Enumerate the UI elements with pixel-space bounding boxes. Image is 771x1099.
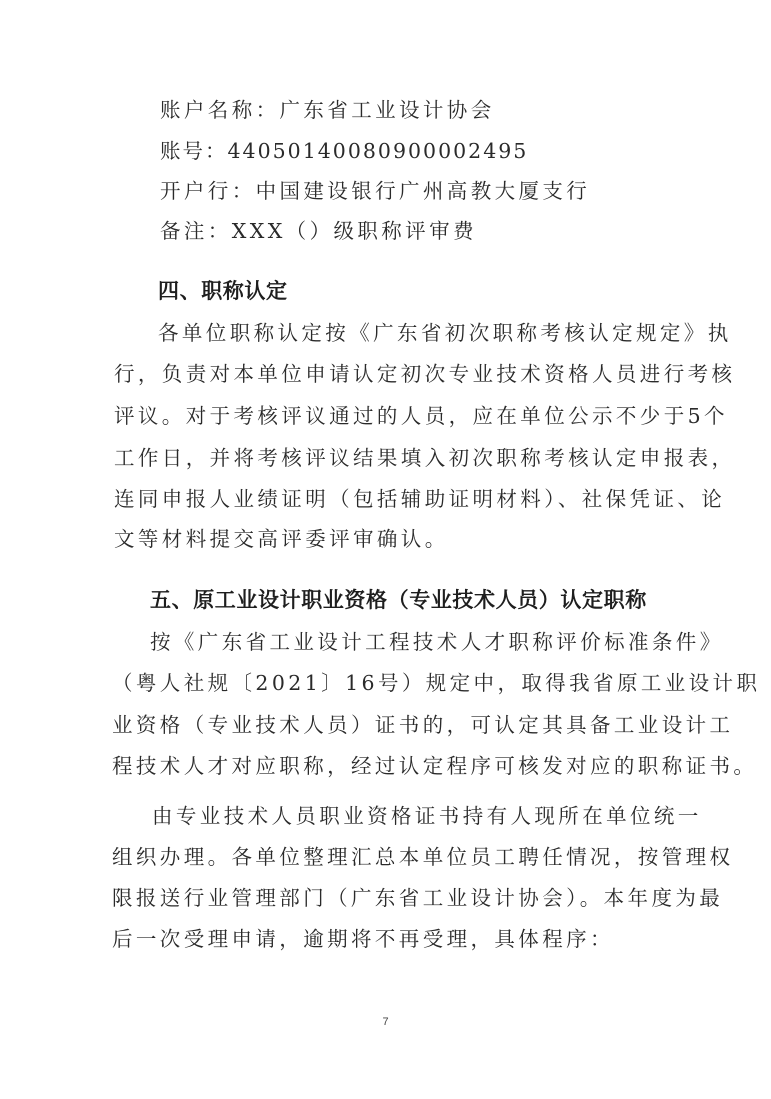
page-number: 7 bbox=[0, 1016, 771, 1028]
section-5-line: 组织办理。各单位整理汇总本单位员工聘任情况，按管理权 bbox=[112, 840, 733, 870]
section-4-line: 工作日，并将考核评议结果填入初次职称考核认定申报表， bbox=[114, 441, 735, 471]
section-5-line: 后一次受理申请，逾期将不再受理，具体程序： bbox=[112, 922, 614, 952]
section-5-line: 程技术人才对应职称，经过认定程序可核发对应的职称证书。 bbox=[112, 749, 757, 779]
section-5-line: 由专业技术人员职业资格证书持有人现所在单位统一 bbox=[152, 799, 702, 829]
section-5-line: 按《广东省工业设计工程技术人才职称评价标准条件》 bbox=[150, 625, 724, 655]
section-5-heading: 五、原工业设计职业资格（专业技术人员）认定职称 bbox=[150, 584, 647, 614]
section-4-line: 文等材料提交高评委评审确认。 bbox=[114, 522, 449, 552]
section-4-heading: 四、职称认定 bbox=[158, 275, 288, 305]
section-5-line: （粤人社规〔2021〕16号）规定中，取得我省原工业设计职 bbox=[112, 666, 760, 696]
section-4-line: 行，负责对本单位申请认定初次专业技术资格人员进行考核 bbox=[114, 357, 735, 387]
section-5-line: 限报送行业管理部门（广东省工业设计协会）。本年度为最 bbox=[112, 881, 723, 911]
remittance-note: 备注：XXX（）级职称评审费 bbox=[160, 214, 477, 244]
section-5-line: 业资格（专业技术人员）证书的，可认定其具备工业设计工 bbox=[112, 708, 733, 738]
section-4-line: 评议。对于考核评议通过的人员，应在单位公示不少于5个 bbox=[114, 399, 728, 429]
section-4-line: 各单位职称认定按《广东省初次职称考核认定规定》执 bbox=[158, 316, 732, 346]
account-number: 账号：44050140080900002495 bbox=[160, 134, 528, 164]
section-4-line: 连同申报人业绩证明（包括辅助证明材料）、社保凭证、论 bbox=[114, 482, 725, 512]
account-name: 账户名称：广东省工业设计协会 bbox=[160, 93, 495, 123]
bank-name: 开户行：中国建设银行广州高教大厦支行 bbox=[160, 174, 590, 204]
